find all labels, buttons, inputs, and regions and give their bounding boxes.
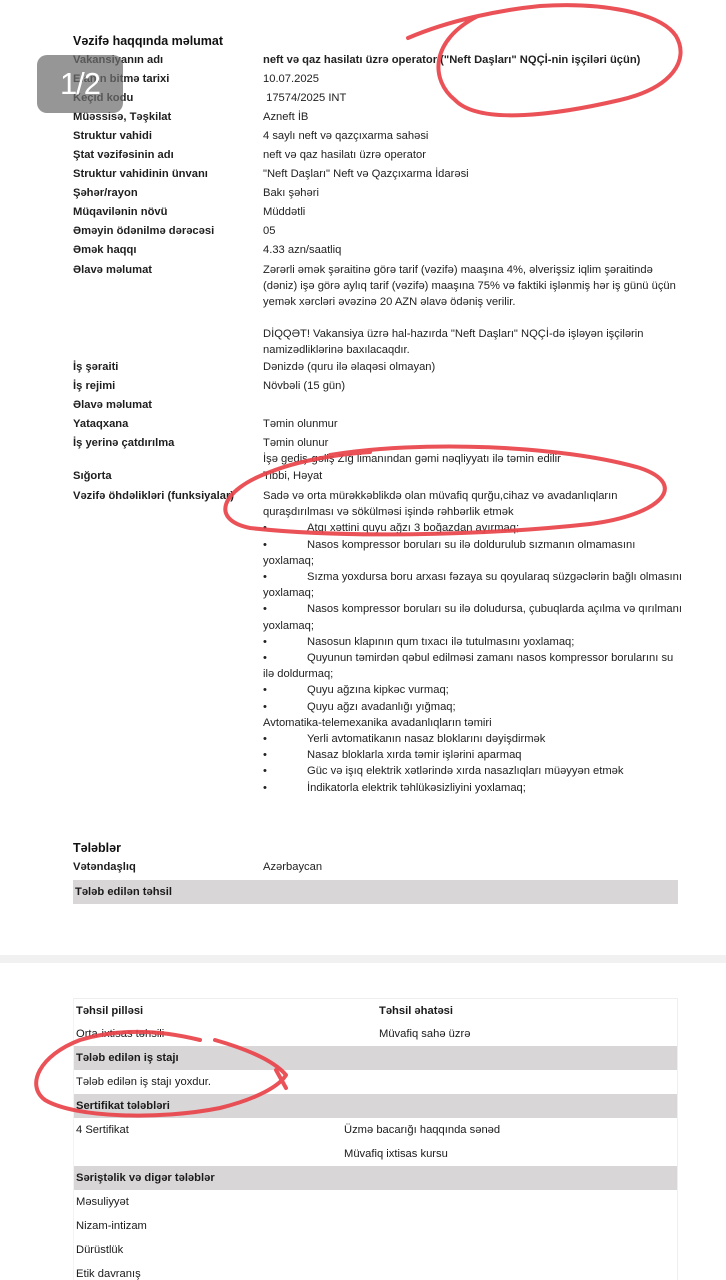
value: "Neft Daşları" Neft və Qazçıxarma İdarəs…	[263, 166, 683, 182]
row-organization: Müəssisə, Təşkilat Azneft İB	[73, 109, 683, 125]
row-staff-position: Ştat vəzifəsinin adı neft və qaz hasilat…	[73, 147, 683, 163]
duty-item: •Yerli avtomatikanın nasaz bloklarını də…	[263, 731, 683, 747]
table-row: Orta-ixtisas təhsili Müvafiq sahə üzrə	[73, 1022, 678, 1046]
label: Vətəndaşlıq	[73, 859, 263, 875]
row-dormitory: Yataqxana Təmin olunmur	[73, 416, 683, 432]
education-level: Orta-ixtisas təhsili	[74, 1028, 379, 1040]
row-structural-unit: Struktur vahidi 4 saylı neft və qazçıxar…	[73, 128, 683, 144]
value: Təmin olunur İşə gediş-gəliş Zığ limanın…	[263, 435, 683, 467]
duty-text: Nasaz bloklarla xırda təmir işlərini apa…	[307, 749, 522, 761]
duty-item: •Güc və işıq elektrik xətlərində xırda n…	[263, 763, 683, 779]
row-code: Keçid kodu 17574/2025 INT	[73, 90, 683, 106]
bullet-icon: •	[263, 650, 307, 666]
duties-subheading: Avtomatika-telemexanika avadanlıqların t…	[263, 715, 683, 731]
competency-row: Nizam-intizam	[73, 1214, 678, 1238]
row-extra-info-2: Əlavə məlumat	[73, 397, 683, 413]
value: 17574/2025 INT	[263, 90, 683, 106]
duty-item: •Quyunun təmirdən qəbul edilməsi zamanı …	[263, 650, 683, 682]
row-transport: İş yerinə çatdırılma Təmin olunur İşə ge…	[73, 435, 683, 467]
value: Növbəli (15 gün)	[263, 378, 683, 394]
bullet-icon: •	[263, 699, 307, 715]
duties-intro: Sadə və orta mürəkkəblikdə olan müvafiq …	[263, 488, 683, 520]
value: Azneft İB	[263, 109, 683, 125]
competency-row: Məsuliyyət	[73, 1190, 678, 1214]
duty-item: •Sızma yoxdursa boru arxası fəzaya su qo…	[263, 569, 683, 601]
row-salary: Əmək haqqı 4.33 azn/saatliq	[73, 242, 683, 258]
certificate-count: 4 Sertifikat	[74, 1124, 344, 1136]
duty-item: •Nasos kompressor boruları su ilə doldur…	[263, 537, 683, 569]
document-page-1: Vəzifə haqqında məlumat Vakansiyanın adı…	[0, 0, 726, 955]
value: 4.33 azn/saatliq	[263, 242, 683, 258]
bullet-icon: •	[263, 747, 307, 763]
certificate-band: Sertifikat tələbləri	[73, 1094, 678, 1118]
duty-text: Nasosun klapının qum tıxacı ilə tutulmas…	[307, 636, 574, 648]
value: Zərərli əmək şəraitinə görə tarif (vəzif…	[263, 262, 683, 358]
page-indicator: 1/2	[37, 55, 123, 113]
transport-line-2: İşə gediş-gəliş Zığ limanından gəmi nəql…	[263, 451, 683, 467]
label: Əməyin ödənilmə dərəcəsi	[73, 223, 263, 239]
competency-item: Nizam-intizam	[74, 1220, 379, 1232]
row-insurance: Sığorta Tibbi, Həyat	[73, 468, 683, 484]
label: Şəhər/rayon	[73, 185, 263, 201]
certificate-row: Müvafiq ixtisas kursu	[73, 1142, 678, 1166]
label: Əmək haqqı	[73, 242, 263, 258]
value: 10.07.2025	[263, 71, 683, 87]
label: İş şəraiti	[73, 359, 263, 375]
label: Müqavilənin növü	[73, 204, 263, 220]
value: Azərbaycan	[263, 859, 683, 875]
header-education-scope: Təhsil əhatəsi	[379, 1005, 677, 1017]
duty-text: Quyu ağzına kipkəc vurmaq;	[307, 684, 449, 696]
duty-text: Sızma yoxdursa boru arxası fəzaya su qoy…	[263, 571, 682, 599]
value: Bakı şəhəri	[263, 185, 683, 201]
bullet-icon: •	[263, 537, 307, 553]
competency-row: Dürüstlük	[73, 1238, 678, 1262]
duty-text: Nasos kompressor boruları su ilə doludur…	[263, 603, 682, 631]
header-education-level: Təhsil pilləsi	[74, 1005, 379, 1017]
value: 4 saylı neft və qazçıxarma sahəsi	[263, 128, 683, 144]
experience-value: Tələb edilən iş stajı yoxdur.	[74, 1076, 379, 1088]
duty-item: •İndikatorla elektrik təhlükəsizliyini y…	[263, 780, 683, 796]
competency-band-label: Səriştəlik və digər tələblər	[74, 1172, 379, 1184]
duty-item: •Nasos kompressor boruları su ilə doludu…	[263, 601, 683, 633]
duty-text: Nasos kompressor boruları su ilə dolduru…	[263, 539, 635, 567]
label: Ştat vəzifəsinin adı	[73, 147, 263, 163]
label: Əlavə məlumat	[73, 262, 263, 358]
row-work-conditions: İş şəraiti Dənizdə (quru ilə əlaqəsi olm…	[73, 359, 683, 375]
duty-item: •Nasosun klapının qum tıxacı ilə tutulma…	[263, 634, 683, 650]
experience-row: Tələb edilən iş stajı yoxdur.	[73, 1070, 678, 1094]
value: neft və qaz hasilatı üzrə operator ("Nef…	[263, 52, 683, 68]
page-separator	[0, 955, 726, 963]
education-band: Tələb edilən təhsil	[73, 880, 678, 904]
competency-row: Etik davranış	[73, 1262, 678, 1280]
certificate-item: Müvafiq ixtisas kursu	[344, 1148, 677, 1160]
label: İş rejimi	[73, 378, 263, 394]
duties-list: Sadə və orta mürəkkəblikdə olan müvafiq …	[263, 488, 683, 796]
duty-text: Quyu ağzı avadanlığı yığmaq;	[307, 701, 456, 713]
label: Struktur vahidi	[73, 128, 263, 144]
duty-item: •Nasaz bloklarla xırda təmir işlərini ap…	[263, 747, 683, 763]
experience-band: Tələb edilən iş stajı	[73, 1046, 678, 1070]
competency-band: Səriştəlik və digər tələblər	[73, 1166, 678, 1190]
education-header-row: Təhsil pilləsi Təhsil əhatəsi	[73, 998, 678, 1022]
competency-item: Məsuliyyət	[74, 1196, 379, 1208]
bullet-icon: •	[263, 634, 307, 650]
certificate-band-label: Sertifikat tələbləri	[74, 1100, 379, 1112]
duty-text: Atqı xəttini quyu ağzı 3 boğazdan ayırma…	[307, 522, 519, 534]
row-extra-info: Əlavə məlumat Zərərli əmək şəraitinə gör…	[73, 262, 683, 358]
requirements-title: Tələblər	[73, 841, 121, 855]
row-deadline: Elanın bitmə tarixi 10.07.2025	[73, 71, 683, 87]
bullet-icon: •	[263, 780, 307, 796]
bullet-icon: •	[263, 520, 307, 536]
duty-text: Yerli avtomatikanın nasaz bloklarını dəy…	[307, 733, 545, 745]
duty-text: Quyunun təmirdən qəbul edilməsi zamanı n…	[263, 652, 673, 680]
job-info-title: Vəzifə haqqında məlumat	[73, 34, 223, 48]
duty-text: İndikatorla elektrik təhlükəsizliyini yo…	[307, 782, 526, 794]
value: 05	[263, 223, 683, 239]
value: Tibbi, Həyat	[263, 468, 683, 484]
certificate-row: 4 Sertifikat Üzmə bacarığı haqqında sənə…	[73, 1118, 678, 1142]
row-unit-address: Struktur vahidinin ünvanı "Neft Daşları"…	[73, 166, 683, 182]
transport-line-1: Təmin olunur	[263, 435, 683, 451]
row-pay-grade: Əməyin ödənilmə dərəcəsi 05	[73, 223, 683, 239]
value	[263, 397, 683, 413]
certificate-item: Üzmə bacarığı haqqında sənəd	[344, 1124, 677, 1136]
education-scope: Müvafiq sahə üzrə	[379, 1028, 677, 1040]
document-page-2: Təhsil pilləsi Təhsil əhatəsi Orta-ixtis…	[0, 963, 726, 1280]
label: Əlavə məlumat	[73, 397, 263, 413]
value: Müddətli	[263, 204, 683, 220]
extra-info-paragraph-2: DİQQƏT! Vakansiya üzrə hal-hazırda "Neft…	[263, 326, 683, 358]
duty-item: •Quyu ağzı avadanlığı yığmaq;	[263, 699, 683, 715]
label: Vəzifə öhdəlikləri (funksiyalar)	[73, 488, 263, 504]
value: Dənizdə (quru ilə əlaqəsi olmayan)	[263, 359, 683, 375]
row-citizenship: Vətəndaşlıq Azərbaycan	[73, 859, 683, 875]
duty-text: Güc və işıq elektrik xətlərində xırda na…	[307, 765, 624, 777]
competency-item: Etik davranış	[74, 1268, 379, 1280]
bullet-icon: •	[263, 682, 307, 698]
row-vacancy-name: Vakansiyanın adı neft və qaz hasilatı üz…	[73, 52, 683, 68]
label: Yataqxana	[73, 416, 263, 432]
label: İş yerinə çatdırılma	[73, 435, 263, 467]
value: Təmin olunmur	[263, 416, 683, 432]
experience-band-label: Tələb edilən iş stajı	[74, 1052, 379, 1064]
bullet-icon: •	[263, 763, 307, 779]
label: Sığorta	[73, 468, 263, 484]
education-table: Təhsil pilləsi Təhsil əhatəsi Orta-ixtis…	[73, 998, 678, 1280]
duty-item: •Quyu ağzına kipkəc vurmaq;	[263, 682, 683, 698]
bullet-icon: •	[263, 601, 307, 617]
value: neft və qaz hasilatı üzrə operator	[263, 147, 683, 163]
duty-item: •Atqı xəttini quyu ağzı 3 boğazdan ayırm…	[263, 520, 683, 536]
row-contract-type: Müqavilənin növü Müddətli	[73, 204, 683, 220]
row-city: Şəhər/rayon Bakı şəhəri	[73, 185, 683, 201]
label: Struktur vahidinin ünvanı	[73, 166, 263, 182]
competency-item: Dürüstlük	[74, 1244, 379, 1256]
bullet-icon: •	[263, 569, 307, 585]
bullet-icon: •	[263, 731, 307, 747]
extra-info-paragraph-1: Zərərli əmək şəraitinə görə tarif (vəzif…	[263, 262, 683, 310]
row-work-schedule: İş rejimi Növbəli (15 gün)	[73, 378, 683, 394]
